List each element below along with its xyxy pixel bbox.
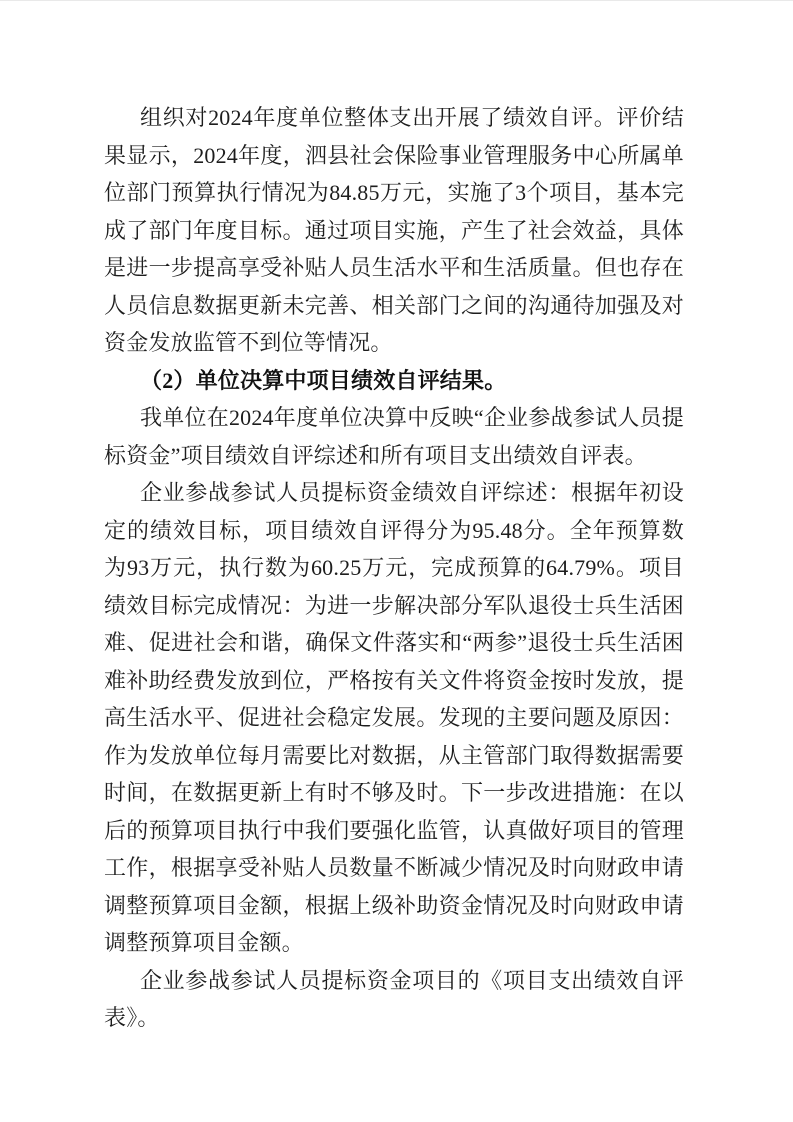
page-top-edge	[0, 0, 793, 1]
document-body: 组织对2024年度单位整体支出开展了绩效自评。评价结果显示，2024年度，泗县社…	[104, 99, 684, 1037]
paragraph-fund-self-evaluation-summary: 企业参战参试人员提标资金绩效自评综述：根据年初设定的绩效目标，项目绩效自评得分为…	[104, 474, 684, 962]
paragraph-overall-self-evaluation: 组织对2024年度单位整体支出开展了绩效自评。评价结果显示，2024年度，泗县社…	[104, 99, 684, 362]
paragraph-self-evaluation-table-reference: 企业参战参试人员提标资金项目的《项目支出绩效自评表》。	[104, 962, 684, 1037]
section-heading-project-self-evaluation-results: （2）单位决算中项目绩效自评结果。	[104, 362, 684, 400]
paragraph-final-accounts-reflection: 我单位在2024年度单位决算中反映“企业参战参试人员提标资金”项目绩效自评综述和…	[104, 399, 684, 474]
document-page: 组织对2024年度单位整体支出开展了绩效自评。评价结果显示，2024年度，泗县社…	[0, 0, 793, 1122]
